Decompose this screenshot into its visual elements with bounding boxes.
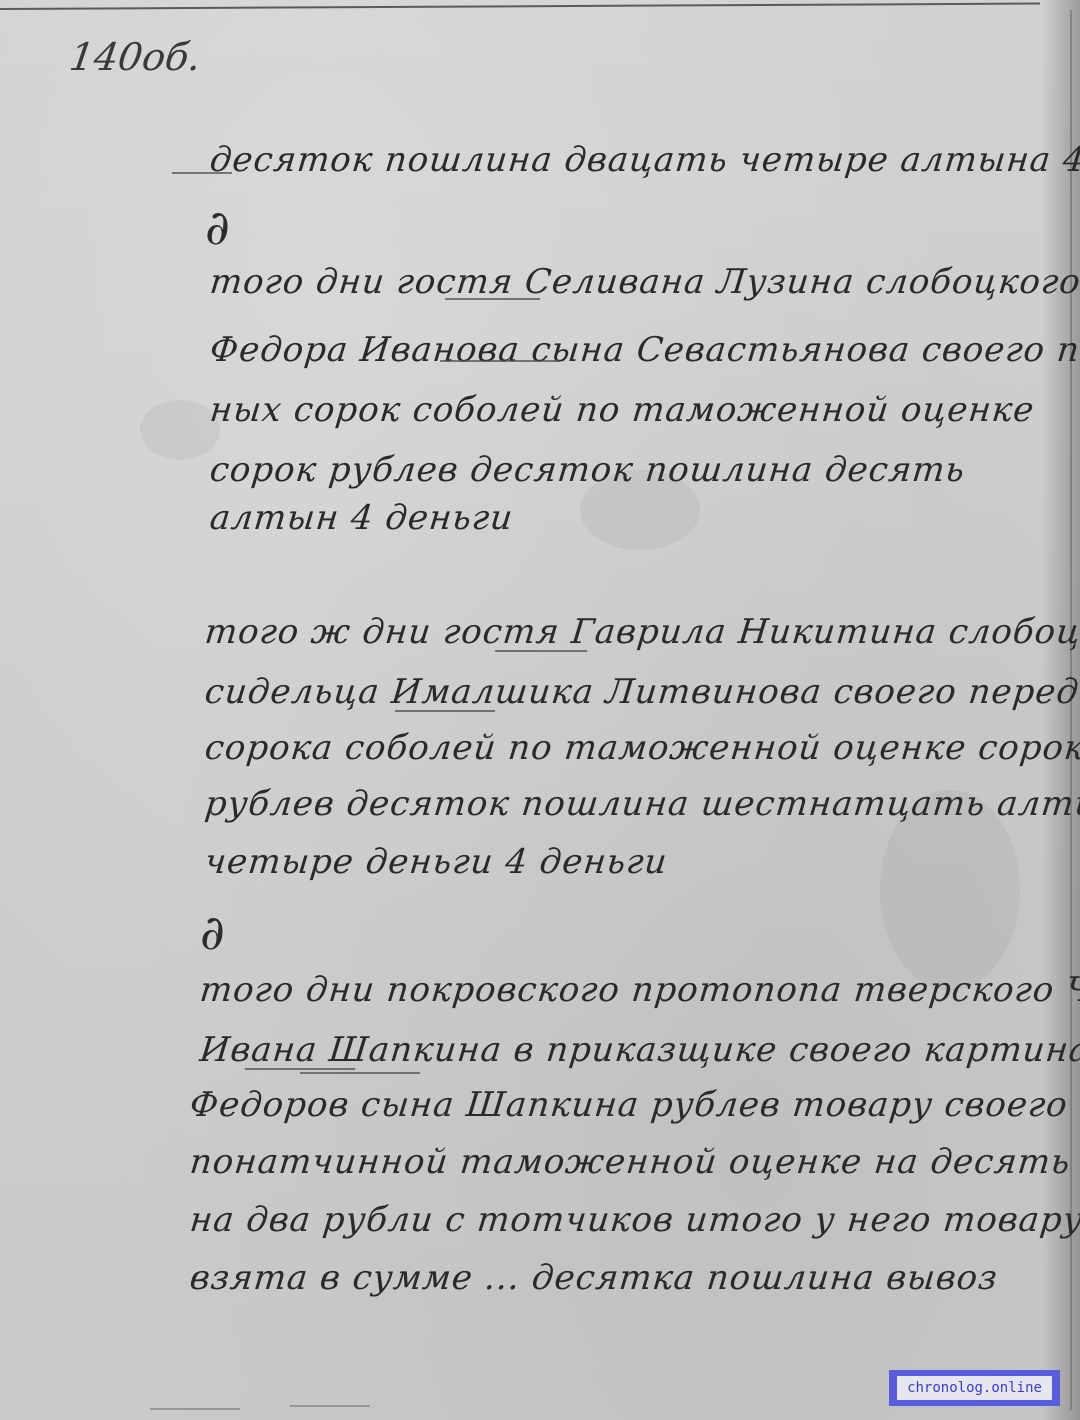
entry-3-line-1: того дни покровского протопопа тверского… — [198, 970, 1080, 1010]
entry-3-line-5: на два рубли с тотчиков итого у него тов… — [188, 1200, 1080, 1240]
entry-3-line-3: Федоров сына Шапкина рублев товару своег… — [188, 1085, 1080, 1125]
entry-flourish-icon: ∂ — [205, 200, 230, 256]
entry-1-line-3: ных сорок соболей по таможенной оценке — [208, 390, 1037, 430]
name-underline — [395, 710, 495, 712]
entry-1-line-2: Федора Иванова сына Севастьянова своего … — [208, 330, 1080, 370]
manuscript-page: 140об. десяток пошлина двацать четыре ал… — [0, 0, 1080, 1420]
entry-3-line-2: Ивана Шапкина в приказщике своего картин… — [198, 1030, 1080, 1070]
name-underline — [300, 1072, 420, 1074]
entry-1-line-4: сорок рублев десяток пошлина десять — [208, 450, 967, 490]
paper-stain — [140, 400, 220, 460]
entry-1-line-1: того дни гостя Селивана Лузина слобоцког… — [208, 262, 1080, 302]
entry-3-line-6: взята в сумме ... десятка пошлина вывоз — [188, 1258, 1000, 1298]
name-underline — [440, 360, 560, 362]
bottom-ink-trace — [150, 1408, 240, 1410]
entry-2-line-4: рублев десяток пошлина шестнатцать алтын — [203, 784, 1080, 824]
page-top-edge — [0, 3, 1040, 10]
entry-3-line-4: понатчинной таможенной оценке на десять — [188, 1142, 1073, 1182]
entry-2-line-1: того ж дни гостя Гаврила Никитина слобоц… — [203, 612, 1080, 652]
name-underline — [245, 1068, 355, 1070]
heading-line: десяток пошлина двацать четыре алтына 4 … — [208, 140, 1080, 180]
bottom-ink-trace — [290, 1405, 370, 1407]
name-underline — [495, 650, 587, 652]
folio-number: 140об. — [67, 35, 204, 79]
name-underline — [445, 298, 540, 300]
watermark-text: chronolog.online — [897, 1376, 1052, 1400]
entry-2-line-5: четыре деньги 4 деньги — [203, 842, 670, 882]
entry-1-line-5: алтын 4 деньги — [208, 498, 515, 538]
watermark-badge: chronolog.online — [889, 1370, 1060, 1406]
entry-flourish-icon: ∂ — [200, 905, 225, 961]
entry-2-line-3: сорока соболей по таможенной оценке соро… — [203, 728, 1080, 768]
entry-2-line-2: сидельца Ималшика Литвинова своего перед… — [203, 672, 1080, 712]
